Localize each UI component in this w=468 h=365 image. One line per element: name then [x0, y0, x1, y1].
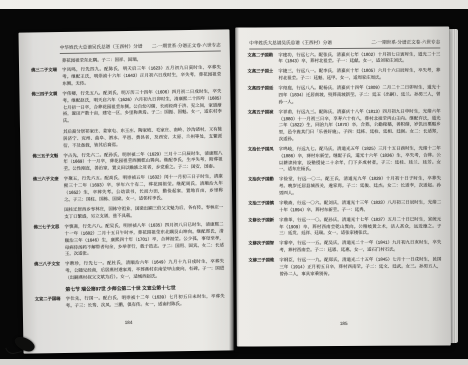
entry-text: 字仕先，行国一。配白氏，明崇祯十二年（1639）七月初五日未时生，卒葬失考。子三… [66, 294, 225, 310]
genealogy-entry: 文宣二子国瑞字仕先，行国一。配白氏，明崇祯十二年（1639）七月初五日未时生，卒… [35, 294, 225, 311]
genealogy-entry: 文修三子国维字纲臣，行远一一九。配郑氏，清道光二十五年（1845）七月十一日戌时… [248, 257, 441, 278]
right-page-content: 中华姓氏大总谱吴氏总谱（王西村）分谱 二·一期世系·分谱正文卷·六世专志 文高二… [235, 26, 451, 346]
entry-name-label: 文修三子国维 [248, 257, 276, 278]
entry-text: 字鸣岐，行远九七。配马氏，清道光五年（1825）三月十五日酉时生，光绪十二年（1… [279, 145, 441, 173]
genealogy-entry: 文高三子国士字捷三，行远八一。配李氏，清嘉庆十年（1805）六月十六日辰时生，卒… [247, 68, 440, 83]
genealogy-entry: 佛三四子文震字伟卿，行先五八。配刘氏，明万历三十四年（1606）四月初二日戌时生… [31, 89, 222, 150]
entry-text: 字慎斋，行先六八。配吴氏，明崇祯八年（1635）四月初八日巳时生，清康熙二十一年… [65, 222, 225, 258]
entry-name-label: 文修长子国新 [248, 217, 276, 238]
genealogy-entry: 文高二子国勋字建功，行远七六。配张氏，清嘉庆七年（1802）十月初七日寅时生，道… [247, 51, 440, 66]
entry-text: 字敬斋，行远一〇六。配刘氏，清道光十三年（1833）八月初三日辰时生，光绪二十年… [279, 199, 441, 213]
entry-text: 字凤鸣，行先四九。配陈氏，明天启三年（1623）五月初九日寅时生，卒葬失考。继配… [62, 65, 221, 88]
entry-text: 字睿亭，行远一一五。配吴氏，清道光二十一年（1841）九月初九日亥时生，卒失考，… [279, 240, 441, 254]
entry-text: 字捷三，行远八一。配李氏，清嘉庆十年（1805）六月十六日辰时生，卒失考，葬村北… [278, 68, 440, 82]
entry-name-label: 佛三五子文魁 [32, 153, 60, 174]
table-edge-bottom [0, 359, 468, 365]
entry-name-label: 文宣二子国瑞 [35, 296, 63, 310]
entry-text: 字鼎革，行远一一〇。配孙氏，清道光十七年（1837）五月二十日巳时生，宣统元年（… [279, 216, 441, 237]
entry-name-label: 文高五子国祯 [248, 109, 276, 143]
left-page: 中华姓氏大总谱吴氏总谱（王西村）分谱 二·一期世系·分谱正文卷·六世专志 葬花园… [18, 29, 234, 353]
running-header-section: 二·一期世系·分谱正文卷·六世专志 [152, 43, 221, 50]
genealogy-entry: 佛三二子文瑞字凤鸣，行先四九。配陈氏，明天启三年（1623）五月初九日寅时生，卒… [31, 65, 221, 88]
entry-text: 字绍庭，行远八八。配杨氏，清嘉庆十四年（1809）二月二十二日卯时生，道光十四年… [278, 85, 440, 106]
genealogy-entry: 文治长子国凤字鸣岐，行远九七。配马氏，清道光五年（1825）三月十五日酉时生，光… [248, 145, 441, 173]
section-heading: 第七节 瑞公第97世 少师公第二十世 文宣公第十七世 [65, 284, 224, 293]
genealogy-entry: 文治三子国慎字敬斋，行远一〇六。配刘氏，清道光十三年（1833）八月初三日辰时生… [248, 199, 441, 214]
running-header: 中华姓氏大总谱吴氏总谱（王西村）分谱 二·一期世系·分谱正文卷·六世专志 [60, 43, 221, 54]
entry-name-label: 文高四子国廷 [247, 86, 275, 107]
entry-text: 字祥甫，行远九三。配陈氏，清嘉庆十八年（1813）四月初九日申时生，光绪六年（1… [279, 108, 441, 143]
genealogy-entry: 佛三六子文奎字聚五，行先六五。配高氏，明崇祯五年（1632）闰十一月初三日子时生… [33, 174, 224, 222]
entry-name-label: 佛三四子文震 [31, 91, 60, 150]
page-number-left: 184 [23, 318, 234, 326]
genealogy-entry: 文高五子国祯字祥甫，行远九三。配陈氏，清嘉庆十八年（1813）四月初九日申时生，… [248, 108, 441, 143]
entry-text: 字建功，行远七六。配张氏，清嘉庆七年（1802）十月初七日寅时生，道光二十三年（… [278, 51, 440, 65]
entry-text: 字聚五，行先六五。配高氏，明崇祯五年（1632）闰十一月初三日子时生，清康熙三十… [64, 174, 224, 221]
entry-text: 字伟卿，行先五八。配刘氏，明万历三十四年（1606）四月初二日戌时生，卒失考。继… [62, 89, 222, 150]
left-post-section-entry-list: 文宣二子国瑞字仕先，行国一。配白氏，明崇祯十二年（1639）七月初五日未时生，卒… [35, 294, 225, 311]
entry-text: 字聘珍，行先七一。配杜氏，清顺治六年（1649）九月十九日戌时生，卒葬失考。公随… [65, 259, 224, 282]
page-number-right: 185 [237, 320, 451, 326]
left-entry-list: 佛三二子文瑞字凤鸣，行先四九。配陈氏，明天启三年（1623）五月初九日寅时生，卒… [31, 65, 224, 282]
entry-name-label: 佛三八子文宝 [34, 261, 62, 282]
running-header-title: 中华姓氏大总谱吴氏总谱（王西村）分谱 [249, 40, 332, 46]
running-header-title: 中华姓氏大总谱吴氏总谱（王西村）分谱 [60, 44, 143, 51]
genealogy-entry: 佛三七子文思字慎斋，行先六八。配吴氏，明崇祯八年（1635）四月初八日巳时生，清… [34, 222, 225, 259]
entry-text: 字俭堂，行远一〇二。配王氏，清道光九年（1829）十月初十日子时生，卒葬失考。晚… [279, 176, 441, 197]
book-photo: 中华姓氏大总谱吴氏总谱（王西村）分谱 二·一期世系·分谱正文卷·六世专志 葬花园… [0, 0, 468, 365]
page-clip-wire [5, 344, 21, 355]
right-entry-list: 文高二子国勋字建功，行远七六。配张氏，清嘉庆七年（1802）十月初七日寅时生，道… [247, 51, 441, 278]
entry-name-label: 文修次子国智 [248, 241, 276, 255]
entry-name-label: 文高三子国士 [247, 69, 275, 83]
entry-name-label: 佛三六子文奎 [33, 176, 62, 221]
table-edge-top [0, 0, 468, 9]
entry-name-label: 佛三七子文思 [34, 224, 63, 258]
entry-name-label: 文治长子国凤 [248, 146, 276, 173]
page-clip [5, 333, 41, 357]
entry-name-label: 佛三二子文瑞 [31, 68, 59, 89]
left-page-content: 中华姓氏大总谱吴氏总谱（王西村）分谱 二·一期世系·分谱正文卷·六世专志 葬花园… [18, 29, 234, 353]
running-header-section: 二·一期世系·分谱正文卷·六世专志 [371, 39, 440, 45]
running-header: 中华姓氏大总谱吴氏总谱（王西村）分谱 二·一期世系·分谱正文卷·六世专志 [249, 39, 440, 48]
genealogy-entry: 文修次子国智字睿亭，行远一一五。配吴氏，清道光二十一年（1841）九月初九日亥时… [248, 240, 441, 255]
entry-name-label: 文治三子国慎 [248, 200, 276, 214]
genealogy-entry: 佛三八子文宝字聘珍，行先七一。配杜氏，清顺治六年（1649）九月十九日戌时生，卒… [34, 259, 224, 282]
genealogy-entry: 文高四子国廷字绍庭，行远八八。配杨氏，清嘉庆十四年（1809）二月二十二日卯时生… [247, 85, 440, 106]
genealogy-entry: 文治次子国勤字俭堂，行远一〇二。配王氏，清道光九年（1829）十月初十日子时生，… [248, 176, 441, 197]
genealogy-entry: 佛三五子文魁字占先，行先六二。配孙氏，明崇祯二年（1629）三月十二日辰时生，清… [32, 150, 222, 173]
right-page: 中华姓氏大总谱吴氏总谱（王西村）分谱 二·一期世系·分谱正文卷·六世专志 文高二… [235, 26, 451, 346]
carryover-text: 葬花园祖茔东北隅。子二：国祥、国瑞。 [62, 55, 221, 64]
entry-name-label: 文治次子国勤 [248, 177, 276, 198]
genealogy-entry: 文修长子国新字鼎革，行远一一〇。配孙氏，清道光十七年（1837）五月二十日巳时生… [248, 216, 441, 237]
entry-text: 字占先，行先六二。配孙氏，明崇祯二年（1629）三月十二日辰时生，清康熙八年（1… [63, 150, 222, 173]
entry-name-label: 文高二子国勋 [247, 52, 275, 66]
entry-text: 字纲臣，行远一一九。配郑氏，清道光二十五年（1845）七月十一日戌时生，民国三年… [279, 257, 441, 278]
